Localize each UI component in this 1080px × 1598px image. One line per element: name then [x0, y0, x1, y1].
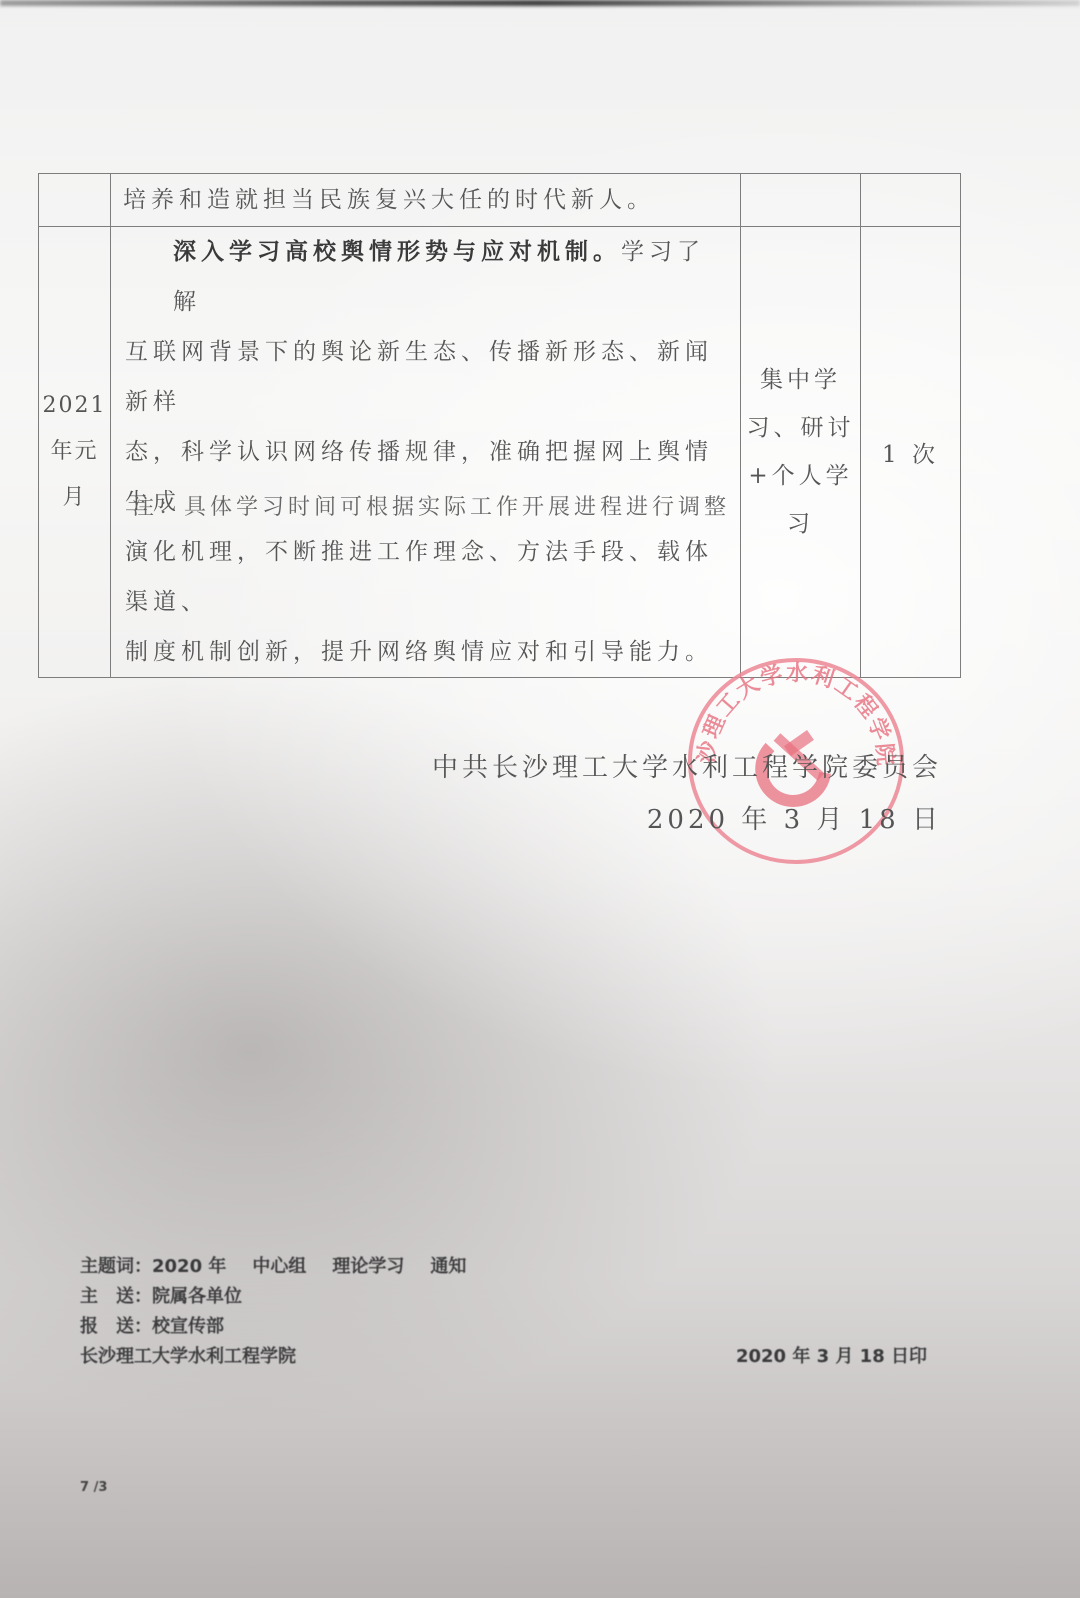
- date-line: 月: [39, 475, 110, 521]
- table-note: 注：具体学习时间可根据实际工作开展进程进行调整: [132, 490, 730, 521]
- study-plan-table: 培养和造就担当民族复兴大任的时代新人。 2021 年元 月 深入学习高校舆情形势…: [38, 173, 960, 678]
- date-cell: [39, 174, 111, 227]
- keyword: 通知: [430, 1256, 466, 1277]
- method-cell: [741, 174, 861, 227]
- keywords-label: 主题词：: [80, 1256, 152, 1277]
- content-first-line: 深入学习高校舆情形势与应对机制。学习了解: [125, 227, 726, 327]
- send-to-value: 院属各单位: [152, 1286, 242, 1307]
- method-line: 集中学: [741, 356, 860, 404]
- table-row: 培养和造就担当民族复兴大任的时代新人。: [39, 174, 961, 227]
- issuer: 长沙理工大学水利工程学院: [80, 1342, 492, 1372]
- table-row: 2021 年元 月 深入学习高校舆情形势与应对机制。学习了解 互联网背景下的舆论…: [39, 227, 961, 678]
- report-to-label: 报 送：: [80, 1316, 152, 1337]
- document-footer: 主题词：2020 年中心组理论学习通知 主 送：院属各单位 报 送：校宣传部 长…: [80, 1252, 492, 1372]
- date-cell: 2021 年元 月: [39, 227, 111, 678]
- content-cell: 深入学习高校舆情形势与应对机制。学习了解 互联网背景下的舆论新生态、传播新形态、…: [111, 227, 741, 678]
- count-cell: [861, 174, 961, 227]
- count-cell: 1 次: [861, 227, 961, 678]
- method-line: 习、研讨: [741, 404, 860, 452]
- content-line: 制度机制创新，提升网络舆情应对和引导能力。: [125, 627, 726, 677]
- send-to-label: 主 送：: [80, 1286, 152, 1307]
- signature-date: 2020 年 3 月 18 日: [432, 794, 942, 846]
- method-cell: 集中学 习、研讨 +个人学 习: [741, 227, 861, 678]
- keyword: 中心组: [252, 1256, 306, 1277]
- content-text: 培养和造就担当民族复兴大任的时代新人。: [111, 175, 740, 225]
- signature-block: 中共长沙理工大学水利工程学院委员会 2020 年 3 月 18 日: [432, 742, 942, 846]
- keywords-line: 主题词：2020 年中心组理论学习通知: [80, 1252, 492, 1282]
- date-line: 2021: [39, 383, 110, 429]
- report-to-value: 校宣传部: [152, 1316, 224, 1337]
- content-line: 演化机理，不断推进工作理念、方法手段、载体渠道、: [125, 527, 726, 627]
- content-lead-title: 深入学习高校舆情形势与应对机制。: [173, 238, 621, 265]
- content-cell: 培养和造就担当民族复兴大任的时代新人。: [111, 174, 741, 227]
- keyword: 理论学习: [332, 1256, 404, 1277]
- date-line: 年元: [39, 429, 110, 475]
- keyword: 2020 年: [152, 1256, 226, 1277]
- page-number: 7 /3: [80, 1480, 107, 1495]
- page-top-edge-shadow: [0, 0, 1080, 6]
- issuing-organization: 中共长沙理工大学水利工程学院委员会: [432, 742, 942, 794]
- method-line: 习: [741, 500, 860, 548]
- send-to-line: 主 送：院属各单位: [80, 1282, 492, 1312]
- method-line: +个人学: [741, 452, 860, 500]
- print-date: 2020 年 3 月 18 日印: [736, 1342, 927, 1368]
- report-to-line: 报 送：校宣传部: [80, 1312, 492, 1342]
- content-line: 互联网背景下的舆论新生态、传播新形态、新闻新样: [125, 327, 726, 427]
